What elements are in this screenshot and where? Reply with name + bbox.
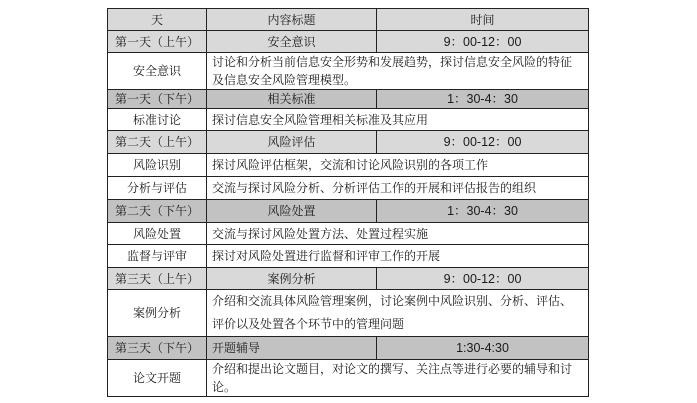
session-time: 9：00-12：00 bbox=[377, 31, 589, 53]
session-time: 9：00-12：00 bbox=[377, 268, 589, 290]
session-day: 第三天（上午） bbox=[108, 268, 207, 290]
item-desc: 探讨风险评估框架，交流和讨论风险识别的各项工作 bbox=[207, 154, 589, 177]
item-row: 风险识别 探讨风险评估框架，交流和讨论风险识别的各项工作 bbox=[108, 154, 589, 177]
item-row: 风险处置 交流与探讨风险处置方法、处置过程实施 bbox=[108, 223, 589, 245]
item-desc: 介绍和提出论文题目，对论文的撰写、关注点等进行必要的辅导和讨论。 bbox=[207, 360, 589, 397]
item-desc: 交流与探讨风险处置方法、处置过程实施 bbox=[207, 223, 589, 245]
session-time: 1：30-4：30 bbox=[377, 90, 589, 109]
session-day: 第一天（下午） bbox=[108, 90, 207, 109]
item-name: 案例分析 bbox=[108, 290, 207, 337]
session-time: 1：30-4：30 bbox=[377, 200, 589, 223]
item-desc: 探讨信息安全风险管理相关标准及其应用 bbox=[207, 109, 589, 131]
session-row: 第三天（下午） 开题辅导 1:30-4:30 bbox=[108, 337, 589, 360]
item-row: 标准讨论 探讨信息安全风险管理相关标准及其应用 bbox=[108, 109, 589, 131]
item-name: 论文开题 bbox=[108, 360, 207, 397]
item-desc: 介绍和交流具体风险管理案例，讨论案例中风险识别、分析、评估、评价以及处置各个环节… bbox=[207, 290, 589, 337]
item-name: 监督与评审 bbox=[108, 245, 207, 268]
session-title: 开题辅导 bbox=[207, 337, 377, 360]
header-topic: 内容标题 bbox=[207, 9, 377, 31]
session-title: 相关标准 bbox=[207, 90, 377, 109]
session-row: 第二天（下午） 风险处置 1：30-4：30 bbox=[108, 200, 589, 223]
item-desc: 探讨对风险处置进行监督和评审工作的开展 bbox=[207, 245, 589, 268]
session-day: 第二天（下午） bbox=[108, 200, 207, 223]
item-desc: 讨论和分析当前信息安全形势和发展趋势，探讨信息安全风险的特征及信息安全风险管理模… bbox=[207, 53, 589, 90]
item-name: 风险处置 bbox=[108, 223, 207, 245]
session-row: 第一天（下午） 相关标准 1：30-4：30 bbox=[108, 90, 589, 109]
item-row: 案例分析 介绍和交流具体风险管理案例，讨论案例中风险识别、分析、评估、评价以及处… bbox=[108, 290, 589, 337]
item-name: 风险识别 bbox=[108, 154, 207, 177]
session-day: 第二天（上午） bbox=[108, 131, 207, 154]
item-name: 分析与评估 bbox=[108, 177, 207, 200]
item-row: 分析与评估 交流与探讨风险分析、分析评估工作的开展和评估报告的组织 bbox=[108, 177, 589, 200]
session-row: 第一天（上午） 安全意识 9：00-12：00 bbox=[108, 31, 589, 53]
header-day: 天 bbox=[108, 9, 207, 31]
item-row: 监督与评审 探讨对风险处置进行监督和评审工作的开展 bbox=[108, 245, 589, 268]
session-title: 风险处置 bbox=[207, 200, 377, 223]
session-title: 安全意识 bbox=[207, 31, 377, 53]
schedule-table: 天 内容标题 时间 第一天（上午） 安全意识 9：00-12：00 安全意识 讨… bbox=[107, 8, 589, 397]
item-desc: 交流与探讨风险分析、分析评估工作的开展和评估报告的组织 bbox=[207, 177, 589, 200]
table-header-row: 天 内容标题 时间 bbox=[108, 9, 589, 31]
item-name: 安全意识 bbox=[108, 53, 207, 90]
header-time: 时间 bbox=[377, 9, 589, 31]
session-day: 第三天（下午） bbox=[108, 337, 207, 360]
session-row: 第三天（上午） 案例分析 9：00-12：00 bbox=[108, 268, 589, 290]
item-row: 安全意识 讨论和分析当前信息安全形势和发展趋势，探讨信息安全风险的特征及信息安全… bbox=[108, 53, 589, 90]
item-row: 论文开题 介绍和提出论文题目，对论文的撰写、关注点等进行必要的辅导和讨论。 bbox=[108, 360, 589, 397]
item-name: 标准讨论 bbox=[108, 109, 207, 131]
session-time: 1:30-4:30 bbox=[377, 337, 589, 360]
session-day: 第一天（上午） bbox=[108, 31, 207, 53]
session-time: 9：00-12：00 bbox=[377, 131, 589, 154]
session-title: 风险评估 bbox=[207, 131, 377, 154]
session-row: 第二天（上午） 风险评估 9：00-12：00 bbox=[108, 131, 589, 154]
session-title: 案例分析 bbox=[207, 268, 377, 290]
